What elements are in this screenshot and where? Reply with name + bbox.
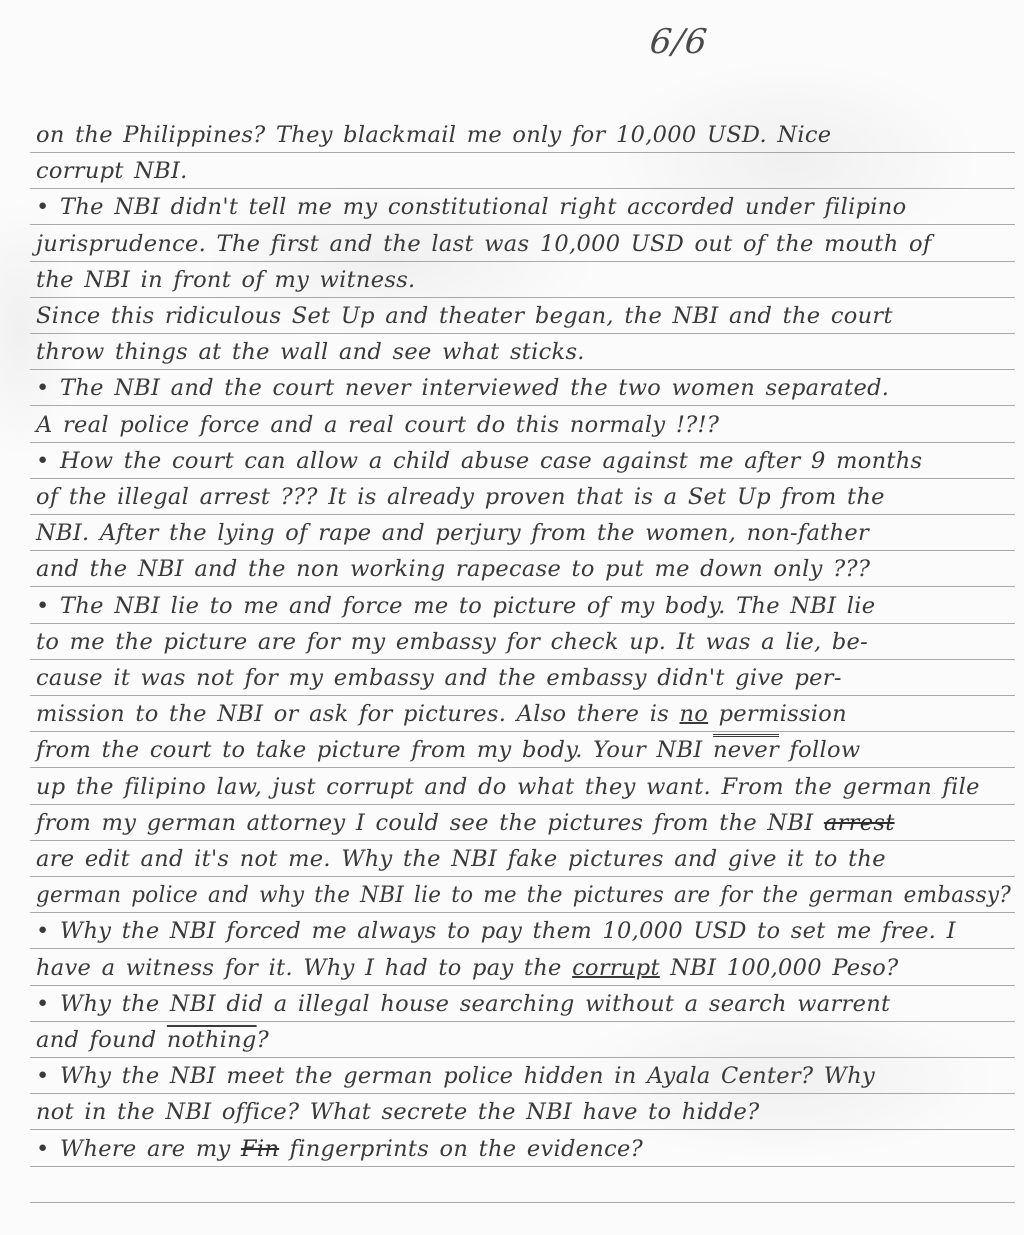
page-number: 6/6 bbox=[648, 22, 710, 62]
text-segment: • Why the NBI did a illegal house search… bbox=[36, 991, 890, 1017]
text-segment: Since this ridiculous Set Up and theater… bbox=[36, 303, 893, 329]
text-line: throw things at the wall and see what st… bbox=[36, 337, 1021, 373]
text-segment: have a witness for it. Why I had to pay … bbox=[36, 955, 572, 981]
handwritten-page: 6/6 on the Philippines? They blackmail m… bbox=[0, 0, 1024, 1235]
text-segment: mission to the NBI or ask for pictures. … bbox=[36, 701, 680, 727]
text-segment: of the illegal arrest ??? It is already … bbox=[36, 484, 885, 510]
text-line: • The NBI didn't tell me my constitution… bbox=[36, 192, 1021, 228]
text-line: up the filipino law, just corrupt and do… bbox=[36, 772, 1021, 808]
text-segment: • Why the NBI meet the german police hid… bbox=[36, 1063, 875, 1089]
text-line: german police and why the NBI lie to me … bbox=[36, 880, 975, 916]
text-line: from my german attorney I could see the … bbox=[36, 808, 1021, 844]
text-segment: • The NBI and the court never interviewe… bbox=[36, 375, 889, 401]
text-line: on the Philippines? They blackmail me on… bbox=[36, 120, 1021, 156]
text-segment: fingerprints on the evidence? bbox=[279, 1136, 643, 1162]
text-segment: • How the court can allow a child abuse … bbox=[36, 448, 922, 474]
text-line: • Where are my Fin fingerprints on the e… bbox=[36, 1134, 1021, 1170]
text-line: have a witness for it. Why I had to pay … bbox=[36, 953, 1021, 989]
text-segment: not in the NBI office? What secrete the … bbox=[36, 1099, 760, 1125]
emphasized-word: never bbox=[713, 734, 779, 763]
text-line: of the illegal arrest ??? It is already … bbox=[36, 482, 1021, 518]
text-line: to me the picture are for my embassy for… bbox=[36, 627, 1021, 663]
text-line: • Why the NBI did a illegal house search… bbox=[36, 989, 1021, 1025]
text-segment: from my german attorney I could see the … bbox=[36, 810, 824, 836]
text-segment: from the court to take picture from my b… bbox=[36, 737, 713, 763]
text-segment: cause it was not for my embassy and the … bbox=[36, 665, 842, 691]
text-line: A real police force and a real court do … bbox=[36, 410, 1021, 446]
text-segment: • Where are my bbox=[36, 1136, 241, 1162]
emphasized-word: corrupt bbox=[572, 955, 660, 981]
text-segment: german police and why the NBI lie to me … bbox=[36, 882, 1011, 908]
text-segment: ? bbox=[257, 1027, 269, 1053]
text-line: cause it was not for my embassy and the … bbox=[36, 663, 1021, 699]
text-line: • Why the NBI forced me always to pay th… bbox=[36, 916, 1021, 952]
text-segment: up the filipino law, just corrupt and do… bbox=[36, 774, 980, 800]
text-line: Since this ridiculous Set Up and theater… bbox=[36, 301, 1021, 337]
text-line: and found nothing? bbox=[36, 1025, 1021, 1061]
text-segment: to me the picture are for my embassy for… bbox=[36, 629, 868, 655]
text-line: mission to the NBI or ask for pictures. … bbox=[36, 699, 1021, 735]
emphasized-word: nothing bbox=[167, 1027, 257, 1053]
text-line: from the court to take picture from my b… bbox=[36, 735, 1021, 771]
text-segment: NBI. After the lying of rape and perjury… bbox=[36, 520, 869, 546]
text-segment: and found bbox=[36, 1027, 167, 1053]
text-line: and the NBI and the non working rapecase… bbox=[36, 554, 1021, 590]
text-segment: the NBI in front of my witness. bbox=[36, 267, 416, 293]
text-line: not in the NBI office? What secrete the … bbox=[36, 1097, 1021, 1133]
struck-word: arrest bbox=[824, 810, 895, 836]
text-line: jurisprudence. The first and the last wa… bbox=[36, 229, 1021, 265]
ruled-line bbox=[30, 1202, 1015, 1203]
text-line: corrupt NBI. bbox=[36, 156, 1021, 192]
text-segment: follow bbox=[779, 737, 860, 763]
struck-word: Fin bbox=[241, 1136, 279, 1162]
text-line: • The NBI lie to me and force me to pict… bbox=[36, 591, 1021, 627]
text-line: • Why the NBI meet the german police hid… bbox=[36, 1061, 1021, 1097]
text-line: NBI. After the lying of rape and perjury… bbox=[36, 518, 1021, 554]
text-segment: and the NBI and the non working rapecase… bbox=[36, 556, 870, 582]
text-segment: • The NBI lie to me and force me to pict… bbox=[36, 593, 875, 619]
text-segment: A real police force and a real court do … bbox=[36, 412, 719, 438]
text-line: • How the court can allow a child abuse … bbox=[36, 446, 1021, 482]
text-line: the NBI in front of my witness. bbox=[36, 265, 1021, 301]
text-line: are edit and it's not me. Why the NBI fa… bbox=[36, 844, 1021, 880]
text-segment: • Why the NBI forced me always to pay th… bbox=[36, 918, 956, 944]
text-line: • The NBI and the court never interviewe… bbox=[36, 373, 1021, 409]
text-segment: corrupt NBI. bbox=[36, 158, 188, 184]
text-segment: jurisprudence. The first and the last wa… bbox=[36, 231, 931, 257]
text-segment: NBI 100,000 Peso? bbox=[660, 955, 899, 981]
text-segment: on the Philippines? They blackmail me on… bbox=[36, 122, 831, 148]
text-segment: permission bbox=[708, 701, 847, 727]
emphasized-word: no bbox=[680, 701, 709, 727]
text-segment: • The NBI didn't tell me my constitution… bbox=[36, 194, 906, 220]
text-segment: are edit and it's not me. Why the NBI fa… bbox=[36, 846, 886, 872]
text-segment: throw things at the wall and see what st… bbox=[36, 339, 585, 365]
